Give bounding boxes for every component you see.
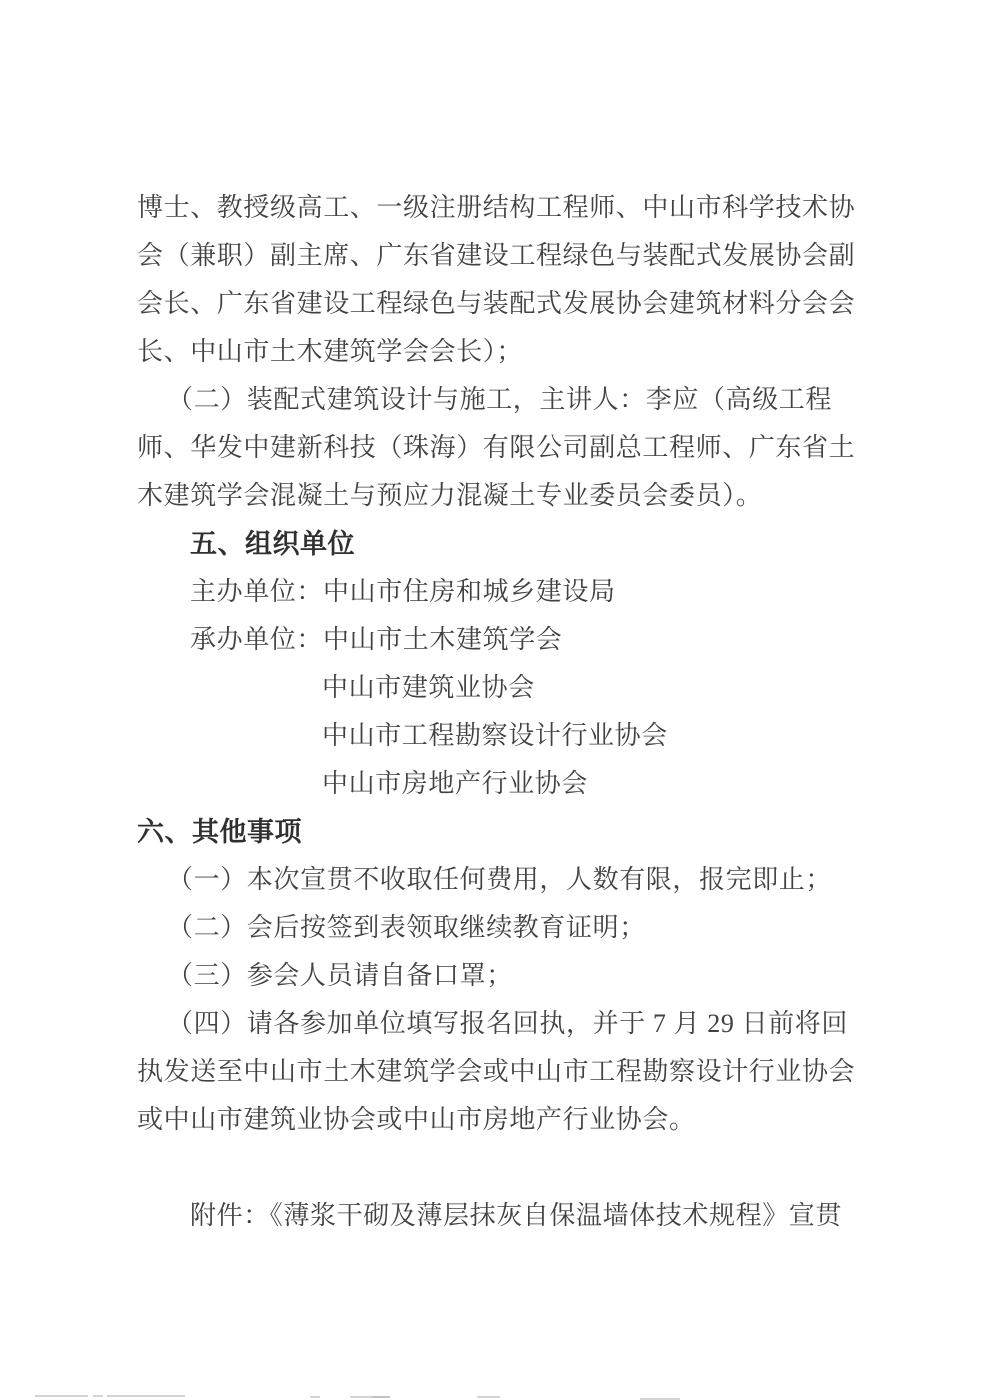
body-line: 会长、广东省建设工程绿色与装配式发展协会建筑材料分会会 [137, 280, 877, 328]
scan-artifact [477, 1396, 500, 1398]
document-body: 博士、教授级高工、一级注册结构工程师、中山市科学技术协 会（兼职）副主席、广东省… [137, 184, 877, 1240]
section6-heading: 六、其他事项 [137, 808, 877, 856]
notice-item: （一）本次宣贯不收取任何费用，人数有限，报完即止； [137, 856, 877, 904]
undertaker-unit-line: 承办单位：中山市土木建筑学会 [137, 616, 877, 664]
lecture-2-line: 师、华发中建新科技（珠海）有限公司副总工程师、广东省土 [137, 424, 877, 472]
scan-artifact [107, 1395, 185, 1397]
scan-artifact [372, 1396, 390, 1398]
body-line: 博士、教授级高工、一级注册结构工程师、中山市科学技术协 [137, 184, 877, 232]
scan-artifact [310, 1396, 320, 1398]
lecture-2-line: （二）装配式建筑设计与施工，主讲人：李应（高级工程 [137, 376, 877, 424]
notice-item4-line: 或中山市建筑业协会或中山市房地产行业协会。 [137, 1096, 877, 1144]
blank-line [137, 1144, 877, 1192]
notice-item4-line: （四）请各参加单位填写报名回执，并于 7 月 29 日前将回 [137, 1000, 877, 1048]
notice-item: （三）参会人员请自备口罩； [137, 952, 877, 1000]
attachment-line: 附件：《薄浆干砌及薄层抹灰自保温墙体技术规程》宣贯 [137, 1192, 877, 1240]
scan-artifact [93, 1395, 103, 1397]
notice-item4-line: 执发送至中山市土木建筑学会或中山市工程勘察设计行业协会 [137, 1048, 877, 1096]
section5-heading: 五、组织单位 [137, 520, 877, 568]
undertaker-unit-extra: 中山市工程勘察设计行业协会 [137, 712, 877, 760]
notice-item: （二）会后按签到表领取继续教育证明； [137, 904, 877, 952]
body-line: 会（兼职）副主席、广东省建设工程绿色与装配式发展协会副 [137, 232, 877, 280]
body-line: 长、中山市土木建筑学会会长）； [137, 328, 877, 376]
undertaker-unit-extra: 中山市建筑业协会 [137, 664, 877, 712]
scan-artifact [35, 1395, 88, 1397]
host-unit-line: 主办单位：中山市住房和城乡建设局 [137, 568, 877, 616]
lecture-2-line: 木建筑学会混凝土与预应力混凝土专业委员会委员）。 [137, 472, 877, 520]
document-page: 博士、教授级高工、一级注册结构工程师、中山市科学技术协 会（兼职）副主席、广东省… [0, 0, 990, 1400]
scan-artifact [350, 1396, 372, 1398]
undertaker-unit-extra: 中山市房地产行业协会 [137, 760, 877, 808]
